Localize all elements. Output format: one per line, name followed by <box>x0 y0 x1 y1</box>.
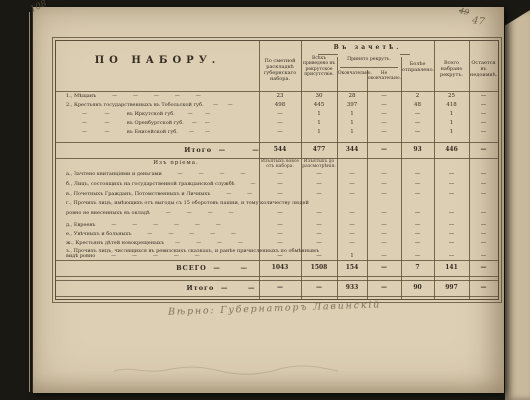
table-cell: 48 <box>401 102 434 108</box>
table-cell: — <box>337 240 367 246</box>
total-line <box>56 280 498 281</box>
table-row: е., Увѣчныхъ и больныхъ — — — — ———————— <box>56 230 498 238</box>
table-cell: — <box>301 231 337 237</box>
row-label: ровно не внесенныхъ въ окладѣ — — — — <box>66 210 234 216</box>
table-cell: 344 <box>337 146 367 153</box>
table-cell: — <box>259 120 301 126</box>
table-cell: — <box>367 210 401 216</box>
table-cell: — <box>337 222 367 228</box>
table-cell: 1 <box>337 253 367 259</box>
table-cell: — <box>434 231 469 237</box>
table-cell: — <box>401 222 434 228</box>
table-row: ровно не внесенныхъ въ окладѣ — — — ————… <box>56 209 498 217</box>
table-cell: 1 <box>337 111 367 117</box>
table-cell: — <box>337 231 367 237</box>
table-cell: 544 <box>259 146 301 153</box>
table-cell: 1508 <box>301 264 337 271</box>
section2-heading: Изъ пріема. <box>116 160 236 166</box>
table-cell: — <box>367 146 401 153</box>
table-cell: — <box>469 210 498 216</box>
total-line <box>56 260 498 261</box>
total-row: Итого — ———933—90997— <box>56 283 498 291</box>
row-label: г., Прочихъ лицъ, имѣющихъ отъ выгоды съ… <box>66 200 309 206</box>
row-label: — — въ Оренбургской губ. — — <box>66 120 210 126</box>
table-cell: — <box>434 191 469 197</box>
table-cell: — <box>367 253 401 259</box>
table-cell: — <box>367 93 401 99</box>
table-cell: 154 <box>337 264 367 271</box>
table-cell: — <box>434 240 469 246</box>
table-row: — — въ Енисейской губ. — ——11——1— <box>56 128 498 136</box>
table-cell: — <box>469 284 498 291</box>
table-cell: — <box>301 210 337 216</box>
table-cell: 1 <box>434 111 469 117</box>
row-label: — — въ Енисейской губ. — — <box>66 129 210 135</box>
table-cell: — <box>259 181 301 187</box>
table-cell: 418 <box>434 102 469 108</box>
table-cell: — <box>301 181 337 187</box>
table-cell: — <box>259 231 301 237</box>
table-title: ПО НАБОРУ. <box>56 55 259 66</box>
table-row: ж., Крестьянъ дѣтей новокрещеныхъ — — — … <box>56 239 498 247</box>
row-label: Итого — — <box>182 284 260 292</box>
table-cell: — <box>367 102 401 108</box>
table-cell: 1 <box>434 129 469 135</box>
underlying-page-edge <box>505 10 530 400</box>
table-row: г., Прочихъ лицъ, имѣющихъ отъ выгоды съ… <box>56 199 498 207</box>
table-cell: 25 <box>434 93 469 99</box>
table-cell: — <box>259 111 301 117</box>
table-cell: 90 <box>401 284 434 291</box>
table-cell: — <box>401 111 434 117</box>
total-line <box>56 296 498 297</box>
col-header-7: Остается въ недоимкѣ. <box>470 60 497 78</box>
table-cell: — <box>469 102 498 108</box>
sheet-edge <box>29 12 30 392</box>
table-row: — — въ Иркутской губ. — ——11——1— <box>56 110 498 118</box>
sub-header-2: Изъятыхъ до разсмотрѣнія. <box>302 159 336 169</box>
table-cell: — <box>401 253 434 259</box>
table-cell: — <box>367 120 401 126</box>
photo-backdrop: 108 49 47 Въ зачетѣ. Принято рекрутъ. ПО… <box>0 0 530 400</box>
table-cell: 397 <box>337 102 367 108</box>
table-cell: — <box>367 191 401 197</box>
table-cell: 1043 <box>259 264 301 271</box>
table-cell: — <box>301 222 337 228</box>
pencil-scribble <box>112 363 342 377</box>
table-row: а., Зачтено квитанціями и деньгами — — —… <box>56 170 498 178</box>
table-cell: — <box>337 171 367 177</box>
table-cell: 2 <box>401 93 434 99</box>
table-cell: — <box>434 253 469 259</box>
table-cell: — <box>434 181 469 187</box>
table-cell: 23 <box>259 93 301 99</box>
table-cell: 93 <box>401 146 434 153</box>
row-label: д., Евреевъ — — — — — — <box>66 222 221 228</box>
table-cell: — <box>469 253 498 259</box>
table-row: видѣ ровно — — — — ———1———— <box>56 252 498 260</box>
table-cell: 1 <box>301 111 337 117</box>
table-cell: 498 <box>259 102 301 108</box>
table-cell: — <box>401 181 434 187</box>
table-cell: 141 <box>434 264 469 271</box>
table-cell: — <box>469 93 498 99</box>
row-label: 1., Мѣщанъ — — — — — <box>66 93 201 99</box>
total-row: Итого — —544477344—93446— <box>56 145 498 153</box>
row-label: в., Почетныхъ Гражданъ, Потомственныхъ и… <box>66 191 252 197</box>
table-cell: — <box>469 191 498 197</box>
row-label: ж., Крестьянъ дѣтей новокрещеныхъ — — — … <box>66 240 243 246</box>
table-cell: — <box>259 171 301 177</box>
table-row: б., Лицъ, состоящихъ на государственной … <box>56 180 498 188</box>
table-cell: — <box>469 171 498 177</box>
row-label: видѣ ровно — — — — — <box>66 253 200 259</box>
table-cell: 933 <box>337 284 367 291</box>
table-cell: — <box>367 231 401 237</box>
table-cell: 1 <box>301 129 337 135</box>
row-label: 2., Крестьянъ государственныхъ въ Тоболь… <box>66 102 233 108</box>
table-row: д., Евреевъ — — — — — ———————— <box>56 221 498 229</box>
col-header-1: По сметной раскладкѣ губернскаго набора. <box>260 58 300 82</box>
table-cell: — <box>337 191 367 197</box>
row-label: а., Зачтено квитанціями и деньгами — — —… <box>66 171 245 177</box>
col-header-6: Всего набрано рекрутъ. <box>435 60 468 78</box>
sub-header-1: Изъятыхъ вовсе отъ набора. <box>260 159 300 169</box>
row-label: ВСЕГО — — <box>170 264 254 272</box>
total-line <box>56 142 498 143</box>
table-cell: — <box>469 111 498 117</box>
table-cell: — <box>259 253 301 259</box>
table-cell: — <box>469 231 498 237</box>
table-cell: — <box>367 129 401 135</box>
table-cell: 1 <box>434 120 469 126</box>
table-cell: — <box>434 210 469 216</box>
table-cell: 997 <box>434 284 469 291</box>
table-cell: — <box>469 146 498 153</box>
row-label: Итого — — <box>184 146 260 154</box>
table-cell: — <box>367 284 401 291</box>
total-line <box>56 276 498 277</box>
table-cell: — <box>401 231 434 237</box>
table-cell: — <box>259 240 301 246</box>
table-cell: — <box>401 171 434 177</box>
row-label: б., Лицъ, состоящихъ на государственной … <box>66 181 256 187</box>
col-header-3: Окончательно. <box>338 71 366 76</box>
table: Въ зачетѣ. Принято рекрутъ. ПО НАБОРУ. П… <box>55 40 499 300</box>
table-cell: 445 <box>301 102 337 108</box>
table-cell: — <box>337 181 367 187</box>
total-row: ВСЕГО — —10431508154—7141— <box>56 263 498 271</box>
table-cell: — <box>469 240 498 246</box>
table-cell: — <box>259 210 301 216</box>
table-cell: — <box>434 171 469 177</box>
page-number-note-right: 47 <box>471 15 485 28</box>
table-cell: 28 <box>337 93 367 99</box>
row-label: е., Увѣчныхъ и больныхъ — — — — — <box>66 231 236 237</box>
table-cell: — <box>367 181 401 187</box>
table-cell: — <box>367 111 401 117</box>
group-underline <box>340 67 398 68</box>
table-row: — — въ Оренбургской губ. — ——11——1— <box>56 119 498 127</box>
table-cell: — <box>401 129 434 135</box>
table-cell: — <box>401 240 434 246</box>
table-cell: 1 <box>337 120 367 126</box>
table-cell: — <box>469 264 498 271</box>
table-cell: — <box>469 222 498 228</box>
table-cell: — <box>301 253 337 259</box>
table-cell: — <box>401 210 434 216</box>
table-cell: — <box>401 120 434 126</box>
table-cell: 1 <box>301 120 337 126</box>
table-cell: — <box>301 284 337 291</box>
col-header-4: Не окончательно. <box>368 71 400 81</box>
table-cell: — <box>401 191 434 197</box>
table-cell: — <box>367 264 401 271</box>
table-row: 1., Мѣщанъ — — — — —233028—225— <box>56 92 498 100</box>
table-cell: — <box>259 191 301 197</box>
table-cell: 1 <box>337 129 367 135</box>
table-cell: 30 <box>301 93 337 99</box>
table-row: 2., Крестьянъ государственныхъ въ Тоболь… <box>56 101 498 109</box>
table-cell: — <box>469 129 498 135</box>
table-cell: — <box>434 222 469 228</box>
table-cell: — <box>469 120 498 126</box>
col-header-5: Болѣе отправлено. <box>402 61 433 73</box>
table-cell: — <box>469 181 498 187</box>
table-cell: — <box>259 222 301 228</box>
table-cell: — <box>301 191 337 197</box>
table-cell: — <box>367 240 401 246</box>
table-cell: — <box>337 210 367 216</box>
table-cell: — <box>259 284 301 291</box>
table-cell: 7 <box>401 264 434 271</box>
col-header-2: Всѣхъ приведено въ рекрутское присутстві… <box>302 56 336 78</box>
table-cell: — <box>367 171 401 177</box>
table-cell: 446 <box>434 146 469 153</box>
table-cell: — <box>301 240 337 246</box>
table-cell: 477 <box>301 146 337 153</box>
table-row: в., Почетныхъ Гражданъ, Потомственныхъ и… <box>56 190 498 198</box>
table-cell: — <box>367 222 401 228</box>
table-cell: — <box>301 171 337 177</box>
table-cell: — <box>259 129 301 135</box>
row-label: — — въ Иркутской губ. — — <box>66 111 210 117</box>
